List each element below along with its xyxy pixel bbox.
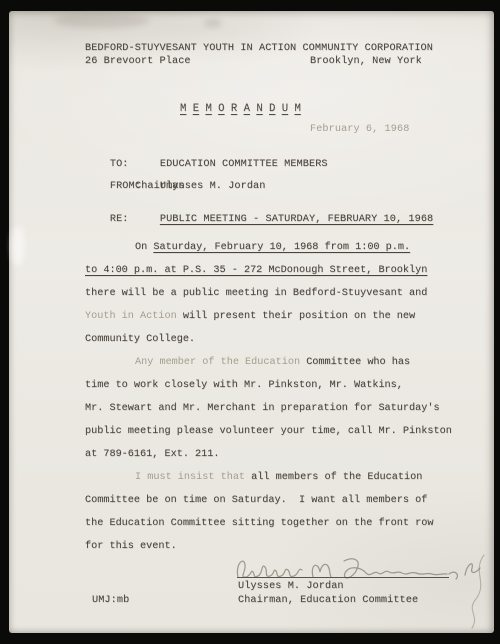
field-re-label: RE: [110,213,160,226]
body-text-segment: Committee be on time on Saturday. I want… [85,495,427,506]
body-line: Youth in Action will present their posit… [85,305,500,328]
body-line: time to work closely with Mr. Pinkston, … [85,374,500,397]
paper-smudge [11,226,25,266]
org-address: 26 Brevoort Place [85,55,191,68]
body-text-segment: all members of the Education [251,472,422,483]
body-line: Any member of the Education Committee wh… [85,351,500,374]
body-text-segment: time to work closely with Mr. Pinkston, … [85,380,403,391]
stray-pencil-mark [450,551,494,631]
body-text-segment: Saturday, February 10, 1968 from 1:00 p.… [153,242,410,253]
body-text-segment: Mr. Stewart and Mr. Merchant in preparat… [85,403,440,414]
reference-initials: UMJ:mb [92,594,129,607]
body-line: Mr. Stewart and Mr. Merchant in preparat… [85,397,500,420]
body-line: there will be a public meeting in Bedfor… [85,282,500,305]
body-line: at 789-6161, Ext. 211. [85,443,500,466]
memo-title: M E M O R A N D U M [180,103,301,116]
paper-smudge [54,13,149,28]
body-text-segment: Committee who has [306,357,410,368]
org-city: Brooklyn, New York [310,55,422,68]
body-line: Committee be on time on Saturday. I want… [85,489,500,512]
memo-date: February 6, 1968 [310,123,409,136]
body-line: the Education Committee sitting together… [85,512,500,535]
body-text-segment: Community College. [85,334,195,345]
signature-typed-name: Ulysses M. Jordan [238,580,344,593]
body-line: Community College. [85,328,500,351]
body-text-segment: to 4:00 p.m. at P.S. 35 - 272 McDonough … [85,265,427,276]
body-text-segment: Youth in Action [85,311,183,322]
body-text-segment: the Education Committee sitting together… [85,518,433,529]
body-text-segment: will present their position on the new [183,311,415,322]
field-re: RE:PUBLIC MEETING - SATURDAY, FEBRUARY 1… [85,200,433,239]
body-text-segment: On [135,242,153,253]
body-text-segment: public meeting please volunteer your tim… [85,426,452,437]
signature-typed-title: Chairman, Education Committee [238,594,418,607]
body-text-segment: at 789-6161, Ext. 211. [85,449,220,460]
paper-smudge [204,19,222,27]
body-text-segment: for this event. [85,541,177,552]
body-text-segment: there will be a public meeting in Bedfor… [85,288,427,299]
field-from-title: Chairman [135,180,185,193]
field-re-value: PUBLIC MEETING - SATURDAY, FEBRUARY 10, … [160,214,433,225]
body-line: On Saturday, February 10, 1968 from 1:00… [85,236,500,259]
body-text-segment: Any member of the Education [135,357,306,368]
org-name: BEDFORD-STUYVESANT YOUTH IN ACTION COMMU… [85,42,433,55]
body-line: I must insist that all members of the Ed… [85,466,500,489]
scan-background: { "letterhead": { "organization": "BEDFO… [0,0,500,644]
memo-page: BEDFORD-STUYVESANT YOUTH IN ACTION COMMU… [9,11,494,633]
body-line: to 4:00 p.m. at P.S. 35 - 272 McDonough … [85,259,500,282]
signature-line [237,577,449,578]
body-text-segment: I must insist that [135,472,251,483]
memo-body: On Saturday, February 10, 1968 from 1:00… [85,236,500,558]
body-line: public meeting please volunteer your tim… [85,420,500,443]
